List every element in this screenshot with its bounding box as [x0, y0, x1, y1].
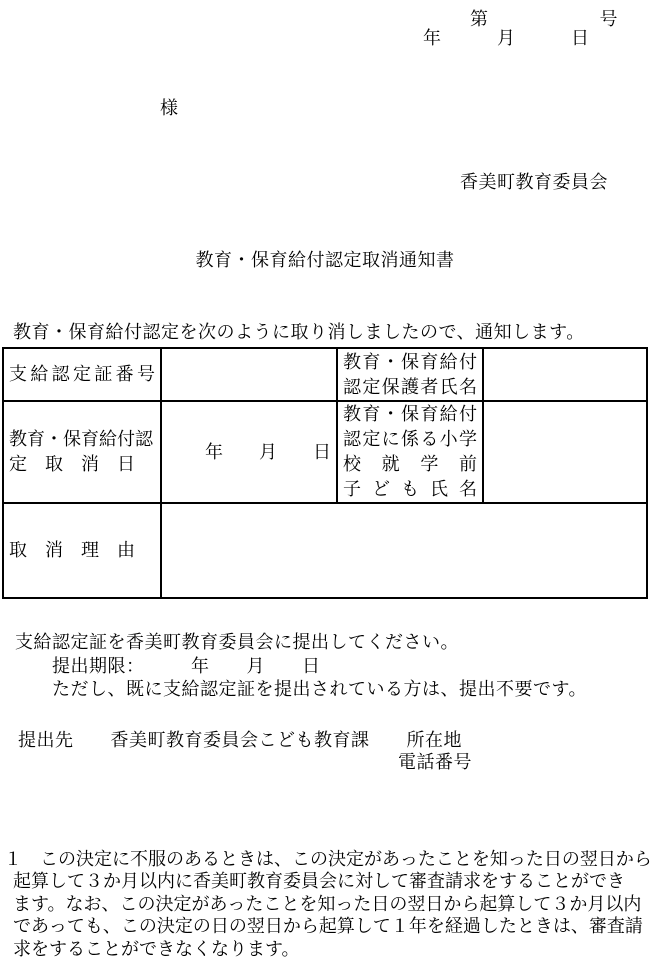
cancel-date-value-text: 年 月 日 — [167, 440, 331, 465]
cell-guardian-name-value — [484, 349, 646, 402]
cancel-date-label-text: 教育・保育給付認 定 取 消 日 — [9, 427, 155, 477]
child-name-label-text: 教育・保育給付 認定に係る小学 校就学前 子ども氏名 — [343, 402, 477, 502]
cell-cert-number-label: 支給認定証番号 — [4, 349, 162, 402]
appeal-note: １ この決定に不服のあるときは、この決定があったことを知った日の翌日から 起算し… — [0, 848, 650, 960]
submit-note: ただし、既に支給認定証を提出されている方は、提出不要です。 — [52, 678, 587, 700]
cell-child-name-value — [484, 402, 646, 504]
guardian-name-label-text: 教育・保育給付 認定保護者氏名 — [343, 350, 477, 400]
intro-text: 教育・保育給付認定を次のように取り消しましたので、通知します。 — [13, 321, 585, 343]
cell-cancel-date-value: 年 月 日 — [162, 402, 338, 504]
notice-table: 支給認定証番号 教育・保育給付 認定保護者氏名 教育・保育給付認 定 取 消 日… — [2, 347, 648, 599]
cell-cancel-reason-label: 取 消 理 由 — [4, 504, 162, 597]
cell-cancel-date-label: 教育・保育給付認 定 取 消 日 — [4, 402, 162, 504]
cell-child-name-label: 教育・保育給付 認定に係る小学 校就学前 子ども氏名 — [338, 402, 484, 504]
cell-cancel-reason-value — [162, 504, 646, 597]
doc-date-line: 年 月 日 — [423, 27, 590, 49]
submit-instruction: 支給認定証を香美町教育委員会に提出してください。 — [15, 631, 459, 653]
page: { "page": { "doc_number": "第 号", "date_l… — [0, 0, 650, 966]
cancel-reason-label-text: 取 消 理 由 — [9, 538, 155, 563]
addressee-sama: 様 — [160, 97, 179, 119]
issuer-name: 香美町教育委員会 — [460, 171, 608, 193]
submit-destination: 提出先 香美町教育委員会こども教育課 所在地 — [18, 729, 462, 751]
cert-number-label-text: 支給認定証番号 — [9, 362, 155, 387]
doc-title: 教育・保育給付認定取消通知書 — [0, 249, 650, 271]
phone-label: 電話番号 — [398, 751, 472, 773]
cell-guardian-name-label: 教育・保育給付 認定保護者氏名 — [338, 349, 484, 402]
cell-cert-number-value — [162, 349, 338, 402]
submit-deadline: 提出期限： 年 月 日 — [52, 655, 321, 677]
